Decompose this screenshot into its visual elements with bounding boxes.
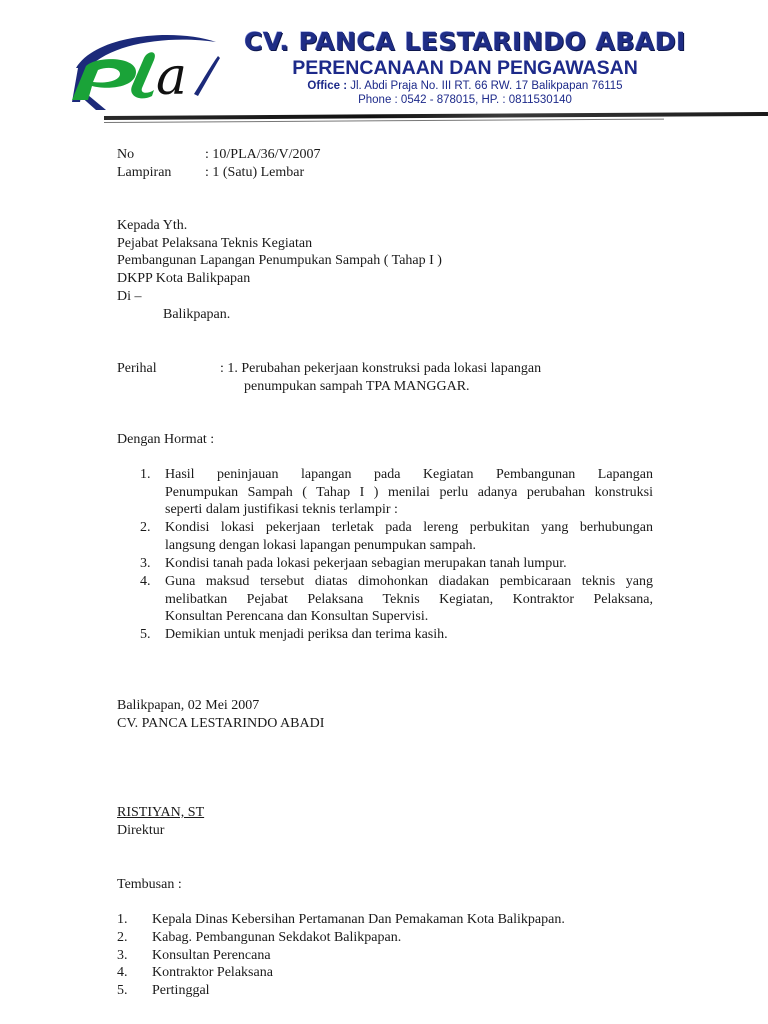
point-line: Hasil peninjauan lapangan pada Kegiatan … xyxy=(165,466,653,484)
lampiran-label: Lampiran xyxy=(117,164,171,182)
signer-title: Direktur xyxy=(117,822,164,840)
salutation: Dengan Hormat : xyxy=(117,431,214,449)
point-line: langsung dengan lokasi lapangan penumpuk… xyxy=(165,537,476,555)
letterhead-divider xyxy=(104,112,768,120)
cc-number: 4. xyxy=(117,964,128,982)
cc-item: Konsultan Perencana xyxy=(152,947,271,965)
office-address: Jl. Abdi Praja No. III RT. 66 RW. 17 Bal… xyxy=(350,80,622,92)
point-line: Konsultan Perencana dan Konsultan Superv… xyxy=(165,608,428,626)
cc-number: 3. xyxy=(117,947,128,965)
company-name: CV. PANCA LESTARINDO ABADI xyxy=(228,28,702,56)
cc-number: 1. xyxy=(117,911,128,929)
point-line: Guna maksud tersebut diatas dimohonkan d… xyxy=(165,573,653,591)
cc-item: Kepala Dinas Kebersihan Pertamanan Dan P… xyxy=(152,911,565,929)
point-number: 2. xyxy=(140,519,151,537)
subject-line: penumpukan sampah TPA MANGGAR. xyxy=(244,378,470,396)
point-number: 5. xyxy=(140,626,151,644)
point-line: Kondisi lokasi pekerjaan terletak pada l… xyxy=(165,519,653,537)
point-line: Kondisi tanah pada lokasi pekerjaan seba… xyxy=(165,555,567,573)
letterhead: a CV. PANCA LESTARINDO ABADI PERENCANAAN… xyxy=(0,0,768,135)
recipient-line: Di – xyxy=(117,288,142,306)
no-value: : 10/PLA/36/V/2007 xyxy=(205,146,321,164)
point-line: Demikian untuk menjadi periksa dan terim… xyxy=(165,626,448,644)
cc-number: 2. xyxy=(117,929,128,947)
cc-item: Kabag. Pembangunan Sekdakot Balikpapan. xyxy=(152,929,401,947)
lampiran-value: : 1 (Satu) Lembar xyxy=(205,164,304,182)
subject-label: Perihal xyxy=(117,360,157,378)
point-line: melibatkan Pejabat Pelaksana Teknis Kegi… xyxy=(165,591,653,609)
cc-item: Kontraktor Pelaksana xyxy=(152,964,273,982)
company-phone: Phone : 0542 - 878015, HP. : 0811530140 xyxy=(252,93,678,107)
office-label: Office : xyxy=(307,80,347,92)
recipient-city: Balikpapan. xyxy=(163,306,230,324)
recipient-line: DKPP Kota Balikpapan xyxy=(117,270,250,288)
recipient-line: Pembangunan Lapangan Penumpukan Sampah (… xyxy=(117,252,442,270)
point-number: 3. xyxy=(140,555,151,573)
recipient-line: Kepada Yth. xyxy=(117,217,187,235)
point-number: 1. xyxy=(140,466,151,484)
svg-text:a: a xyxy=(156,47,187,107)
no-label: No xyxy=(117,146,134,164)
point-line: seperti dalam justifikasi teknis terlamp… xyxy=(165,501,398,519)
signer-name: RISTIYAN, ST xyxy=(117,804,204,822)
subject-line: : 1. Perubahan pekerjaan konstruksi pada… xyxy=(220,360,541,378)
pla-logo-icon: a xyxy=(66,28,226,112)
point-line: Penumpukan Sampah ( Tahap I ) menilai pe… xyxy=(165,484,653,502)
cc-number: 5. xyxy=(117,982,128,1000)
cc-label: Tembusan : xyxy=(117,876,182,894)
cc-item: Pertinggal xyxy=(152,982,210,1000)
company-office: Office : Jl. Abdi Praja No. III RT. 66 R… xyxy=(252,79,678,93)
recipient-line: Pejabat Pelaksana Teknis Kegiatan xyxy=(117,235,312,253)
point-number: 4. xyxy=(140,573,151,591)
closing-company: CV. PANCA LESTARINDO ABADI xyxy=(117,715,324,733)
company-subtitle: PERENCANAAN DAN PENGAWASAN xyxy=(252,57,678,79)
place-date: Balikpapan, 02 Mei 2007 xyxy=(117,697,259,715)
